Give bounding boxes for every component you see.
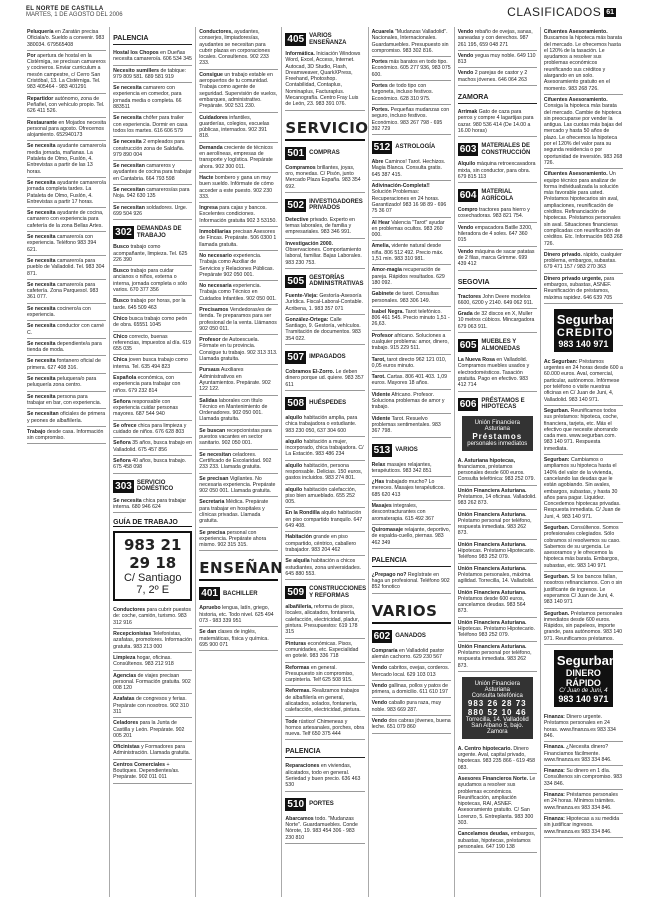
ad-lead: Asesores Financieros Norte. <box>458 776 528 782</box>
ad-text: Consiga la hipoteca más barata del merca… <box>544 103 622 166</box>
ad-text: Reunificamos todos sus préstamos: hipote… <box>544 408 618 452</box>
classified-ad: Se necesita camarero con experiencia en … <box>113 83 192 113</box>
ad-lead: Vendo <box>372 683 388 689</box>
ad-lead: Abre <box>372 159 384 165</box>
classified-ad: Isabel Negra. Tarot telefónico. 806 461 … <box>372 307 451 331</box>
ad-lead: Repartidor <box>27 96 53 102</box>
ad-lead: Se necesitan <box>113 163 145 169</box>
ad-lead: Finanza: <box>544 768 565 774</box>
ad-lead: Finanza: <box>544 792 565 798</box>
classified-ad: Amelia, vidente natural desde niña. 806 … <box>372 241 451 265</box>
ad-text: Préstamos desde 600 euros, cancelamos de… <box>458 596 526 615</box>
category-heading: 501COMPRAS <box>285 147 364 160</box>
classified-ad: Secretaria Médica. Prepárate para trabaj… <box>199 497 278 527</box>
ad-lead: Española <box>113 375 136 381</box>
classified-ad: Chico correcto, buenas referencias, impu… <box>113 332 192 356</box>
ad-lead: Al Hear <box>372 220 390 226</box>
ad-lead: Finanza: <box>544 816 565 822</box>
classified-ad: Ingresa para cajas y bancos. Excelentes … <box>199 203 278 227</box>
ufa-phone1: 983 26 28 73 <box>466 699 529 708</box>
ufa-banner: Unión Financiera AsturianaPréstamosperso… <box>462 416 533 451</box>
ad-lead: No necesaria <box>199 283 231 289</box>
classified-ad: Se dan clases de inglés, matemáticas, fí… <box>199 627 278 651</box>
ad-lead: Se necesita <box>113 498 142 504</box>
classified-ad: Cifuentes Asesoramiento. Buscamos la hip… <box>544 27 623 95</box>
classified-ad: Investigación 2000. Observaciones. Compo… <box>285 239 364 269</box>
classified-ad: Profesor africano. Soluciones a cualquie… <box>372 331 451 355</box>
category-heading: 510PORTES <box>285 798 364 811</box>
classified-ad: Hostal los Chopos en Dueñas necesita cam… <box>113 48 192 66</box>
ad-text: Observaciones. Comportamiento laboral, f… <box>285 247 361 266</box>
classified-ad: Conductores para cubrir puestos de: coch… <box>113 605 192 629</box>
ad-lead: Inmobiliarias <box>199 229 231 235</box>
category-number: 502 <box>285 199 306 212</box>
category-name: VARIOS <box>395 447 418 454</box>
category-number: 507 <box>285 351 306 364</box>
ad-lead: Restaurante <box>27 120 57 126</box>
classified-ad: Inmobiliarias precisan Asesores de Finca… <box>199 227 278 251</box>
classified-ad: A. Asturiana hipotecas, financiamos, pré… <box>458 456 537 486</box>
classified-ad: Señora 35 años, busca trabajo en Vallado… <box>113 438 192 456</box>
ad-lead: Cifuentes Asesoramiento. <box>544 29 608 35</box>
ad-lead: Se necesita <box>27 234 56 240</box>
ad-text: Préstamos urgentes en 24 horas desde 600… <box>544 359 623 403</box>
ad-lead: Unión Financiera Asturiana. <box>458 512 527 518</box>
classified-ad: alquilo habitación, persona responsable.… <box>285 461 364 485</box>
category-number: 501 <box>285 147 306 160</box>
classified-ad: Se necesitan soldadores. Urge. 699 504 9… <box>113 203 192 221</box>
classified-ad: Adivinación-Completa!! Solución Problema… <box>372 181 451 217</box>
classified-ad: Reformas. Realizamos trabajos de albañil… <box>285 686 364 716</box>
classified-ad: Fuente-Vieja: Gestoría-Asesoría Jurídica… <box>285 291 364 315</box>
ad-lead: Portes. <box>372 107 390 113</box>
classified-ad: Celadores para la Junta de Castilla y Le… <box>113 718 192 742</box>
classified-ad: Se necesita camarero/a con experiencia. … <box>27 232 106 256</box>
classified-ad: Cifuentes Asesoramiento. Un equipo técni… <box>544 169 623 250</box>
ad-lead: Unión Financiera Asturiana. <box>458 644 527 650</box>
classified-ad: Trabajo desde casa. Información sin comp… <box>27 427 106 445</box>
ad-lead: Isabel Negra. <box>372 309 404 315</box>
column-5: Acuarela "Mudanzas Valladolid". Nacional… <box>369 27 455 897</box>
category-name: VARIOS ENSEÑANZA <box>309 33 364 46</box>
ad-lead: Segurban: <box>544 457 570 463</box>
segurban-brand: Segurban <box>557 653 610 668</box>
classified-ad: Se necesita 2 empleados para construcció… <box>113 137 192 161</box>
ad-lead: Adivinación-Completa!! <box>372 183 430 189</box>
ad-lead: Chico <box>113 334 127 340</box>
category-name: MATERIAL AGRÍCOLA <box>481 189 536 202</box>
classified-ad: Vendo máquina de sacar patatas de 2 fila… <box>458 247 537 271</box>
ad-lead: Se necesita <box>27 282 56 288</box>
classified-ad: Unión Financiera Asturiana. Hipotecas. P… <box>458 540 537 564</box>
classified-ad: Relax masajes relajantes, terapéuticos. … <box>372 460 451 478</box>
classified-ad: Se necesita dependiente/a para tienda de… <box>27 339 106 357</box>
ad-lead: Por <box>27 53 36 59</box>
classified-ad: Necesito sumillers de tabique: 979 809 5… <box>113 66 192 84</box>
classified-ad: Azafatas de congresos y ferias. Prepárat… <box>113 694 192 718</box>
ad-text: Préstamos, 14 oficinas. Valladolid. 983 … <box>458 494 537 506</box>
classified-ad: No necesaria experiencia. Trabaja como T… <box>199 281 278 305</box>
ad-text: financiamos, préstamos personales desde … <box>458 464 535 483</box>
classified-ad: Unión Financiera Asturiana. Hipotecas. P… <box>458 618 537 642</box>
ad-lead: Acuarela <box>372 29 394 35</box>
ad-text: Le ayudamos a resolver sus problemas eco… <box>458 776 536 826</box>
ad-lead: Finanza. <box>544 744 565 750</box>
ufa-line2: personales inmediatos <box>466 441 529 447</box>
classified-ad: Española económica, con experiencia para… <box>113 373 192 397</box>
classified-ad: Señora 40 años, busca trabajo. 675 458 0… <box>113 456 192 474</box>
ad-text: ayudantes, conserjes, limpiadores/as, ay… <box>199 29 270 66</box>
classified-ad: Se precisa personal con experiencia. Pre… <box>199 528 278 552</box>
category-name: COMPRAS <box>309 150 340 157</box>
category-heading: 302DEMANDAS DE TRABAJO <box>113 226 192 239</box>
ad-lead: Se necesita <box>27 341 56 347</box>
ufa-sub: Consulta telefónica <box>466 693 529 699</box>
ad-lead: Quiromasaje <box>372 527 403 533</box>
ad-lead: Grada <box>458 311 473 317</box>
ad-lead: Se necesita <box>113 139 142 145</box>
category-number: 512 <box>372 141 393 154</box>
ad-lead: Celadores <box>113 720 138 726</box>
ad-lead: Busco <box>113 298 129 304</box>
category-name: MATERIALES DE CONSTRUCCIÓN <box>481 143 536 156</box>
ad-lead: Informática. <box>285 51 314 57</box>
classified-ad: Arrimak Gato de caza para perros y compr… <box>458 107 537 137</box>
ad-lead: Masajes <box>372 503 392 509</box>
ad-lead: Tarot. <box>372 374 386 380</box>
category-name: INVESTIGADORES PRIVADOS <box>309 199 364 212</box>
classified-ad: No necesario experiencia. Trabaja como A… <box>199 251 278 281</box>
ad-lead: Unión Financiera Asturiana. <box>458 566 527 572</box>
ad-lead: Vendo <box>372 700 388 706</box>
classified-ad: Consigue un trabajo estable en aeropuert… <box>199 70 278 113</box>
ad-lead: Se necesita <box>27 180 56 186</box>
ad-lead: Conductores, <box>199 29 232 35</box>
ad-lead: Dinero privado. <box>544 252 582 258</box>
classified-ad: Tractores John Deere modelos 6600, 6200 … <box>458 292 537 310</box>
ad-lead: Compro <box>458 207 478 213</box>
ad-lead: Habitación <box>285 534 312 540</box>
ad-lead: Vendo <box>372 665 388 671</box>
classified-ad: Tarot. Cartas. 806 401 403. 1,09 euros. … <box>372 372 451 390</box>
ad-lead: En la Rondilla <box>285 510 319 516</box>
ad-lead: Compramos <box>285 165 315 171</box>
ad-lead: Amor-magia <box>372 267 402 273</box>
ad-lead: Vidente <box>372 392 391 398</box>
classified-ad: Cifuentes Asesoramiento. Consiga la hipo… <box>544 95 623 169</box>
classified-ad: Precisamos Vendedoras/es de tienda. Te p… <box>199 305 278 335</box>
segurban-credit-banner: SegurbanCREDITOS983 140 971 <box>554 309 613 352</box>
ad-lead: Precisamos <box>199 307 228 313</box>
ad-lead: ¿Has <box>372 479 385 485</box>
classified-ad: Segurban. Reunificamos todos sus préstam… <box>544 406 623 455</box>
classified-ad: González-Ortega: Calle Santiago, 9. Gest… <box>285 315 364 345</box>
ad-lead: Busco <box>113 244 129 250</box>
ad-lead: Se necesita <box>27 394 56 400</box>
ad-lead: A. Asturiana hipotecas, <box>458 458 515 464</box>
ad-lead: Necesito sumillers <box>113 68 159 74</box>
category-heading: 505GESTORÍAS ADMINISTRATIVAS <box>285 275 364 288</box>
ad-text: un trabajo estable en aeropuertos de tu … <box>199 72 277 109</box>
category-heading: 604MATERIAL AGRÍCOLA <box>458 189 537 202</box>
ad-lead: Se necesitan <box>199 452 231 458</box>
segurban-brand: Segurban <box>557 312 610 327</box>
ad-lead: ¿Prepago no? <box>372 572 407 578</box>
classified-ad: Reparaciones en viviendas, alicatados, t… <box>285 761 364 791</box>
ad-lead: Fuente-Vieja: <box>285 293 317 299</box>
classified-ad: Hacte bombero y gana un muy buen sueldo.… <box>199 173 278 203</box>
segurban-phone: 983 140 971 <box>557 694 610 704</box>
ad-lead: Secretaria <box>199 499 224 505</box>
classified-ad: Oficinistas y Formadores para Administra… <box>113 742 192 760</box>
ad-lead: Peluquería <box>27 29 54 35</box>
classified-ad: alquilo habitación amplia, para chica tr… <box>285 413 364 437</box>
category-number: 602 <box>372 630 393 643</box>
category-name: GESTORÍAS ADMINISTRATIVAS <box>309 275 364 288</box>
ad-text: Préstamos personales, máxima agilidad. T… <box>458 572 535 584</box>
ad-text: Solución Problemas: Recuperaciones en 24… <box>372 189 447 214</box>
ad-text: Iniciación Windows Word, Excel, Access, … <box>285 51 360 107</box>
ad-lead: Se precisa <box>199 530 225 536</box>
category-heading: 405VARIOS ENSEÑANZA <box>285 33 364 46</box>
ad-lead: Limpieza <box>113 655 135 661</box>
ad-lead: alquilo <box>285 463 302 469</box>
ufa-addr2: San Albano 5, bajo. Zamora <box>466 723 529 735</box>
classified-ad: Señora responsable con experiencia cuida… <box>113 397 192 421</box>
ad-lead: Salidas <box>199 398 217 404</box>
classified-ad: Se ofrece chica para limpieza y cuidado … <box>113 421 192 439</box>
ad-lead: Cobramos El-Zorro. <box>285 369 334 375</box>
section-heading: ENSEÑANZA <box>199 559 278 581</box>
classified-ad: A. Centro hipotecario. Dinero urgente. A… <box>458 744 537 774</box>
classified-ad: Ac Segurban: Préstamos urgentes en 24 ho… <box>544 357 623 406</box>
classified-ad: Finanza: Su dinero en 1 día. Consúltenos… <box>544 766 623 790</box>
category-name: SERVICIO DOMÉSTICO <box>137 480 192 493</box>
ad-lead: Vidente <box>372 416 391 422</box>
classified-ad: Salidas laborales con título Técnico en … <box>199 396 278 426</box>
ad-lead: Tarot, <box>372 357 386 363</box>
classified-ad: Cancelamos deudas, embargos, subastas, h… <box>458 829 537 853</box>
ad-lead: Vendo <box>458 70 474 76</box>
ad-lead: Chica <box>113 357 127 363</box>
classified-ad: Unión Financiera Asturiana. Préstamos, 1… <box>458 486 537 510</box>
ufa-brand: Unión Financiera Asturiana <box>466 681 529 693</box>
ad-text: Hipotecas. Préstamo Hipotecario. Teléfon… <box>458 626 535 638</box>
ad-text: rústico! Chimeneas y hornos artesanales,… <box>285 719 364 738</box>
ad-lead: Azafatas <box>113 696 134 702</box>
ad-lead: Relax <box>372 462 386 468</box>
classified-ad: Chico busca trabajo como peón de obra. 6… <box>113 314 192 332</box>
ad-lead: Dinero privado urgente, <box>544 276 603 282</box>
ad-lead: alquilo <box>285 487 302 493</box>
classifieds-columns: Peluquería en Zaratán precisa Oficiala/o… <box>24 27 626 897</box>
classified-ad: Se buscan recepcionistas para puestos va… <box>199 426 278 450</box>
category-heading: 507IMPAGADOS <box>285 351 364 364</box>
ad-lead: Señora <box>113 399 131 405</box>
guide-phone: 983 21 29 18 <box>118 536 187 572</box>
ad-lead: alquilo <box>285 415 302 421</box>
classified-ad: Segurban. Consúltenos. Somos profesional… <box>544 523 623 572</box>
ad-lead: Segurban. <box>544 574 569 580</box>
ad-lead: Consigue <box>199 72 223 78</box>
column-4: 405VARIOS ENSEÑANZAInformática. Iniciaci… <box>282 27 368 897</box>
classified-ad: Vendo gallinas, pollos y patos de primer… <box>372 681 451 699</box>
ad-lead: Unión Financiera Asturiana. <box>458 590 527 596</box>
classified-ad: Se necesitan camareros y ayudantes de co… <box>113 161 192 185</box>
ad-lead: Tode <box>285 719 297 725</box>
ad-lead: A. Centro hipotecario. <box>458 746 512 752</box>
ad-lead: Pinturas <box>285 641 306 647</box>
ad-lead: Vendo <box>458 29 474 35</box>
classified-ad: Gabinete de tarot. Consultas personales.… <box>372 289 451 307</box>
ad-lead: Se dan <box>199 629 216 635</box>
ad-lead: Segurban. <box>544 525 569 531</box>
ad-text: Un equipo técnico para analizar de forma… <box>544 171 623 246</box>
classified-ad: Finanza. ¿Necesita dinero? Financiamos f… <box>544 742 623 766</box>
classified-ad: Portes. Pequeñas mudanzas con seguro, in… <box>372 105 451 135</box>
ad-lead: albañilería, <box>285 604 312 610</box>
classified-ad: Detective privado. Experto en temas labo… <box>285 215 364 239</box>
classified-ad: Pursaus Auxiliares Administrativos en Ay… <box>199 365 278 395</box>
classified-ad: Peluquería en Zaratán precisa Oficiala/o… <box>27 27 106 51</box>
classified-ad: albañilería, reforma de pisos, locales, … <box>285 602 364 638</box>
region-heading: PALENCIA <box>372 557 451 567</box>
classified-ad: Acuarela "Mudanzas Valladolid". Nacional… <box>372 27 451 57</box>
category-number: 505 <box>285 275 306 288</box>
ad-text: Consúltenos. Somos profesionales colegia… <box>544 525 621 569</box>
ad-text: Buscamos la hipoteca más barata del merc… <box>544 35 622 91</box>
column-7: Cifuentes Asesoramiento. Buscamos la hip… <box>541 27 626 897</box>
classified-ad: Vendo yegua muy noble. 649 110 813 <box>458 51 537 69</box>
page-number: 61 <box>604 8 616 17</box>
ad-lead: Profesor <box>372 333 393 339</box>
ufa-line1: Préstamos <box>466 432 529 441</box>
classified-ad: Alquilo máquina retroexcavadora mixta, s… <box>458 159 537 183</box>
classified-ad: Al Hear Valencia "Tarot" ayudar en probl… <box>372 218 451 242</box>
classified-ad: Se necesita cocinero/a con experiencia. <box>27 304 106 322</box>
category-number: 401 <box>199 587 220 600</box>
ad-lead: Se ofrece <box>113 423 136 429</box>
classified-ad: Dinero privado urgente, para embargos, s… <box>544 274 623 304</box>
category-heading: 303SERVICIO DOMÉSTICO <box>113 480 192 493</box>
column-1: Peluquería en Zaratán precisa Oficiala/o… <box>24 27 110 897</box>
category-number: 302 <box>113 226 134 239</box>
segurban-cash-banner: SegurbanDINERO RÁPIDOC/ Juan de Juni, 49… <box>554 650 613 707</box>
classified-ad: Asesores Financieros Norte. Le ayudamos … <box>458 774 537 829</box>
guide-address: C/ Santiago 7, 2º E <box>118 572 187 596</box>
ufa-phone2: 880 52 10 46 <box>466 708 529 717</box>
category-number: 605 <box>458 339 479 352</box>
segurban-phone: 983 140 971 <box>557 339 610 349</box>
ad-lead: Vendo <box>458 225 474 231</box>
ad-lead: Se necesita <box>27 306 56 312</box>
category-number: 510 <box>285 798 306 811</box>
classified-ad: Finanza: Dinero urgente. Préstamos perso… <box>544 712 623 742</box>
ad-lead: Se necesita <box>27 210 56 216</box>
segurban-title: DINERO RÁPIDO <box>557 668 610 688</box>
category-heading: 512ASTROLOGÍA <box>372 141 451 154</box>
classified-ad: Chica joven busca trabajo como interna. … <box>113 355 192 373</box>
ad-lead: No necesario <box>199 253 232 259</box>
ad-lead: Se necesita <box>113 85 142 91</box>
category-number: 509 <box>285 586 306 599</box>
ad-lead: Portes <box>372 83 388 89</box>
ad-lead: Se precisan <box>199 476 228 482</box>
classified-ad: Se necesitan oficiales de primera y peon… <box>27 409 106 427</box>
region-heading: PALENCIA <box>113 35 192 45</box>
ad-lead: Demanda <box>199 145 222 151</box>
category-number: 508 <box>285 397 306 410</box>
region-heading: SEGOVIA <box>458 279 537 289</box>
category-name: DEMANDAS DE TRABAJO <box>137 226 192 239</box>
publication-date: MARTES, 1 DE AGOSTO DEL 2006 <box>26 12 123 18</box>
classified-ad: ¿Prepago no? Regístrate en haga un profe… <box>372 570 451 594</box>
classified-ad: Finanza: Préstamos personales en 24 hora… <box>544 790 623 814</box>
category-heading: 605MUEBLES Y ALMONEDAS <box>458 339 537 352</box>
classified-ad: Reformas en general. Presupuesto sin com… <box>285 663 364 687</box>
category-number: 606 <box>458 398 479 411</box>
category-number: 303 <box>113 480 134 493</box>
ad-lead: Hacte <box>199 175 213 181</box>
classified-ad: Abarcamos todo. "Mudanzas Norte". Guarda… <box>285 814 364 844</box>
ad-lead: alquilo <box>285 439 302 445</box>
classified-ad: Vendo caballo pura raza, muy noble. 983 … <box>372 698 451 716</box>
classified-ad: Grada de 32 discos en X, Muller 10 metro… <box>458 309 537 333</box>
ad-lead: Señora <box>113 458 131 464</box>
ad-lead: Cifuentes Asesoramiento. <box>544 171 608 177</box>
section-heading: VARIOS <box>372 602 451 624</box>
ad-lead: Oficinistas <box>113 744 140 750</box>
category-name: ASTROLOGÍA <box>395 144 435 151</box>
ad-lead: Se necesitan <box>113 205 145 211</box>
category-heading: 603MATERIALES DE CONSTRUCCIÓN <box>458 143 537 156</box>
category-heading: 508HUÉSPEDES <box>285 397 364 410</box>
classified-ad: Amor-magia recuperación de pareja. Rápid… <box>372 265 451 289</box>
ad-lead: Se necesita <box>113 115 142 121</box>
classified-ad: Dinero privado. rápido, cualquier proble… <box>544 250 623 274</box>
ad-lead: Vendo <box>458 53 474 59</box>
ad-lead: Se alquila <box>285 558 309 564</box>
ad-lead: Ac Segurban: <box>544 359 578 365</box>
column-6: Vendo rebaño de ovejas, sanas, saneadas … <box>455 27 541 897</box>
category-name: MUEBLES Y ALMONEDAS <box>481 339 536 352</box>
ad-lead: Se necesita <box>27 258 56 264</box>
ad-lead: Se necesitan <box>113 187 145 193</box>
ad-lead: Vendo <box>372 718 388 724</box>
classified-ad: Tarot, tarot directo 962 121 010, 0,05 e… <box>372 355 451 373</box>
ad-lead: Profesor <box>199 337 220 343</box>
classified-ad: Restaurante en Mojados necesita personal… <box>27 118 106 142</box>
ad-lead: Reformas <box>285 665 309 671</box>
classified-ad: Vendo dos cabras jóvenes, buena leche. 6… <box>372 716 451 734</box>
ad-lead: Se necesita <box>27 143 56 149</box>
ad-lead: Se buscan <box>199 428 225 434</box>
classified-ad: Quiromasaje relajante, deportivo, de esp… <box>372 525 451 549</box>
ad-lead: Chico <box>113 316 127 322</box>
classified-ad: Se necesita chica para trabajar interna.… <box>113 496 192 514</box>
classified-ad: Se necesita ayudante camarero/a media jo… <box>27 141 106 177</box>
ad-lead: Detective <box>285 217 308 223</box>
classified-ad: Se necesita camarero/a para pueblo de Va… <box>27 256 106 280</box>
ad-text: Caminos! Tarot. Hechizos. Magia Blanca. … <box>372 159 446 178</box>
ufa-addr1: Torrecilla, 14. Valladolid <box>466 717 529 723</box>
ad-lead: Investigación 2000. <box>285 241 333 247</box>
classified-ad: ¿Has trabajado mucho? Lo mereces. Masaje… <box>372 477 451 501</box>
ad-text: Préstamo personal por teléfono, respuest… <box>458 518 532 537</box>
classified-ad: Se necesita fontanero oficial de primera… <box>27 356 106 374</box>
category-name: PORTES <box>309 801 334 808</box>
classified-ad: Agencias de viajes precisan personal. Fo… <box>113 671 192 695</box>
